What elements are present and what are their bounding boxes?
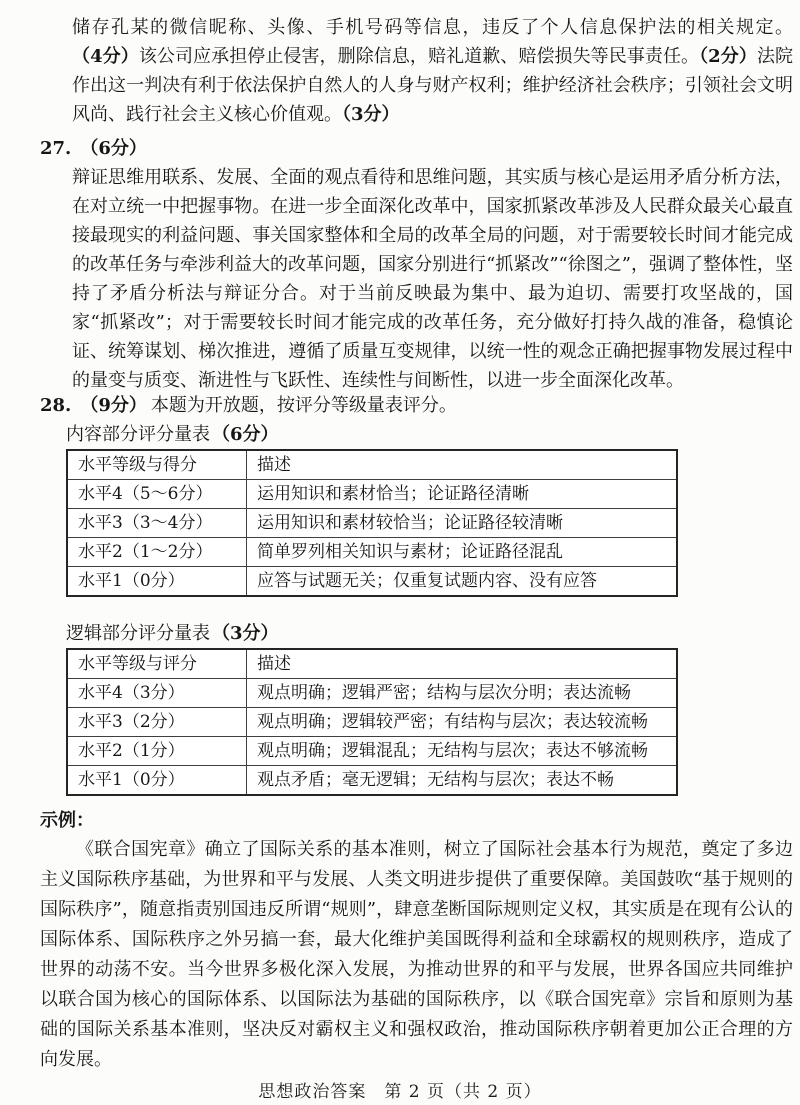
rubric-level-cell: 水平2（1～2分） [67,538,247,567]
logic-rubric-title: 逻辑部分评分量表（3分） [66,619,800,648]
answer-sheet-page: 储存孔某的微信昵称、头像、手机号码等信息，违反了个人信息保护法的相关规定。（4分… [0,0,800,1105]
page-body: 储存孔某的微信昵称、头像、手机号码等信息，违反了个人信息保护法的相关规定。（4分… [0,0,800,1075]
rubric-row: 水平4（3分）观点明确；逻辑严密；结构与层次分明；表达流畅 [67,679,677,708]
item-27-score: （6分） [80,138,147,159]
rubric-header-cell: 描述 [247,450,678,480]
rubric-row: 水平3（2分）观点明确；逻辑较严密；有结构与层次；表达较流畅 [67,708,677,737]
logic-rubric-table: 水平等级与评分描述水平4（3分）观点明确；逻辑严密；结构与层次分明；表达流畅水平… [66,648,678,796]
example-label: 示例： [40,806,800,835]
rubric-row: 水平3（3～4分）运用知识和素材较恰当；论证路径较清晰 [67,509,677,538]
rubric-header-cell: 描述 [247,649,678,679]
rubric-description-cell: 观点明确；逻辑严密；结构与层次分明；表达流畅 [247,679,678,708]
rubric-level-cell: 水平4（5～6分） [67,480,247,509]
rubric-description-cell: 简单罗列相关知识与素材；论证路径混乱 [247,538,678,567]
rubric-level-cell: 水平4（3分） [67,679,247,708]
rubric-description-cell: 观点明确；逻辑混乱；无结构与层次；表达不够流畅 [247,737,678,766]
item-27-answer-paragraph: 辩证思维用联系、发展、全面的观点看待和思维问题，其实质与核心是运用矛盾分析方法，… [72,163,793,395]
item-28-intro: 本题为开放题，按评分等级量表评分。 [151,395,457,416]
rubric-row: 水平1（0分）观点矛盾；毫无逻辑；无结构与层次；表达不畅 [67,766,677,796]
score-marker: （2分） [699,46,757,67]
content-rubric-table: 水平等级与得分描述水平4（5～6分）运用知识和素材恰当；论证路径清晰水平3（3～… [66,449,678,597]
score-marker: （3分） [342,104,400,125]
rubric-description-cell: 运用知识和素材恰当；论证路径清晰 [247,480,678,509]
rubric-row: 水平4（5～6分）运用知识和素材恰当；论证路径清晰 [67,480,677,509]
answer-text-segment: 该公司应承担停止侵害，删除信息，赔礼道歉、赔偿损失等民事责任。 [139,46,699,67]
page-footer: 思想政治答案 第 2 页（共 2 页） [0,1078,800,1105]
rubric-row: 水平2（1～2分）简单罗列相关知识与素材；论证路径混乱 [67,538,677,567]
rubric-level-cell: 水平1（0分） [67,766,247,796]
answer-26-continuation-paragraph: 储存孔某的微信昵称、头像、手机号码等信息，违反了个人信息保护法的相关规定。（4分… [72,13,793,129]
item-28-heading: 28.（9分）本题为开放题，按评分等级量表评分。 [40,391,800,420]
rubric-description-cell: 观点矛盾；毫无逻辑；无结构与层次；表达不畅 [247,766,678,796]
rubric-row: 水平2（1分）观点明确；逻辑混乱；无结构与层次；表达不够流畅 [67,737,677,766]
logic-rubric-title-score: （3分） [212,623,279,644]
answer-text-segment: 储存孔某的微信昵称、头像、手机号码等信息，违反了个人信息保护法的相关规定。 [72,17,793,38]
score-marker: （4分） [72,46,139,67]
example-paragraph: 《联合国宪章》确立了国际关系的基本准则，树立了国际社会基本行为规范，奠定了多边主… [40,835,793,1075]
content-rubric-title-text: 内容部分评分量表 [66,424,210,445]
rubric-description-cell: 观点明确；逻辑较严密；有结构与层次；表达较流畅 [247,708,678,737]
item-28-score: （9分） [80,395,147,416]
rubric-level-cell: 水平3（3～4分） [67,509,247,538]
rubric-level-cell: 水平1（0分） [67,567,247,597]
item-27-heading: 27.（6分） [40,134,800,163]
content-rubric-title-score: （6分） [212,424,279,445]
item-27-number: 27. [40,138,71,159]
rubric-header-cell: 水平等级与评分 [67,649,247,679]
rubric-level-cell: 水平2（1分） [67,737,247,766]
item-28-number: 28. [40,395,71,416]
logic-rubric-title-text: 逻辑部分评分量表 [66,623,210,644]
rubric-row: 水平1（0分）应答与试题无关；仅重复试题内容、没有应答 [67,567,677,597]
rubric-level-cell: 水平3（2分） [67,708,247,737]
rubric-header-cell: 水平等级与得分 [67,450,247,480]
rubric-description-cell: 运用知识和素材较恰当；论证路径较清晰 [247,509,678,538]
content-rubric-title: 内容部分评分量表（6分） [66,420,800,449]
rubric-description-cell: 应答与试题无关；仅重复试题内容、没有应答 [247,567,678,597]
